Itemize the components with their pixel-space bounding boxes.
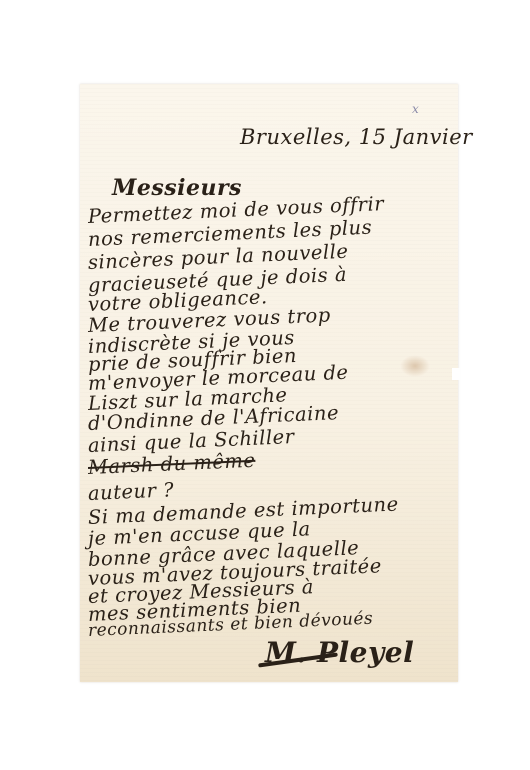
paper-notch — [452, 368, 460, 380]
salutation: Messieurs — [112, 175, 242, 201]
paper-stain — [400, 355, 430, 377]
dateline: Bruxelles, 15 Janvier — [240, 125, 473, 149]
letter-line: auteur ? — [87, 478, 174, 505]
corner-mark: x — [412, 102, 419, 116]
signature: M. Pleyel — [265, 636, 414, 669]
